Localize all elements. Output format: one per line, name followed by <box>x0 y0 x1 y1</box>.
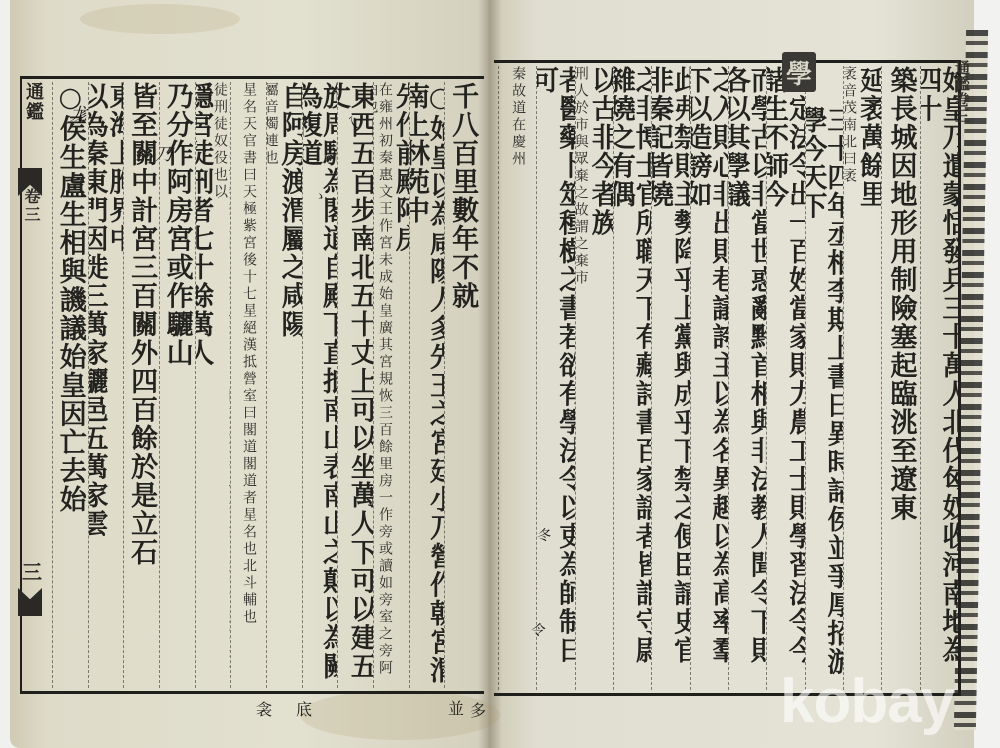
text-column: 而學古以非當世惑亂黔首相與非法教人聞令下則各以其學議 <box>728 66 766 690</box>
text-column: 東海上朐界中 以為秦東門因徙三萬家驪邑五萬家雲 <box>88 82 124 688</box>
text-column: 乃分作阿房宮或作驪山 <box>159 82 195 688</box>
column-text: 千八百里數年不就 <box>449 82 476 688</box>
column-text: 而學古以非當世惑亂黔首相與非法教人聞令下則各以其學議 <box>728 66 766 690</box>
column-text: 東海上朐界中 <box>106 82 123 688</box>
column-text: 之入則心非出則巷議誇主以為名異趣以為高率羣下以造謗如 <box>690 66 728 690</box>
text-column: ○侯生盧生相與譏議始皇因亡去始 <box>52 82 88 688</box>
column-text: 旗周馳為閣道自殿下直抵南山表南山之顛以為闕為複道 <box>302 82 338 688</box>
column-text: 先作前殿阿房 <box>393 82 409 688</box>
annotation-text: 屬音燭連也 <box>266 82 278 688</box>
right-margin-title: 通鑑卷三 <box>952 60 973 124</box>
column-text: 乃分作阿房宮或作驪山 <box>164 82 191 688</box>
text-column: 以古非今者族 刑人於市與眾棄之故謂之棄市 <box>575 66 613 690</box>
text-column: 此弗禁則主勢降乎上黨與成乎下禁之便臣請史官非秦記皆燒 <box>651 66 689 690</box>
text-column: 之入則心非出則巷議誇主以為名異趣以為高率羣下以造謗如 <box>690 66 728 690</box>
text-column: 之非博士官所職天下有藏詩書百家語者皆詣守尉雜燒之有偶 <box>613 66 651 690</box>
right-text-columns: 始皇乃遣蒙恬發兵三十萬人北伐匈奴收河南地為四十 築長城因地形用制險塞起臨洮至遼東… <box>498 66 958 690</box>
ink-mark: ゝ <box>312 186 326 206</box>
margin-title: 通鑑 <box>20 82 46 122</box>
text-column: 自阿房渡渭屬之咸陽 屬音燭連也 <box>266 82 302 688</box>
section-stamp: 學 <box>782 52 816 92</box>
text-column: 已定法令出一百姓當家則力農工士則學習法令今諸生不師今 <box>766 66 804 690</box>
text-column: 旗周馳為閣道自殿下直抵南山表南山之顛以為闕為複道 <box>302 82 338 688</box>
column-text: 以為秦東門因徙三萬家驪邑五萬家雲 <box>88 82 106 688</box>
column-text: 自阿房渡渭屬之咸陽 <box>279 82 302 688</box>
column-text: ○始皇以為咸陽人多先王之宮廷小乃營作朝宮渭南上林苑中 <box>409 82 445 688</box>
column-text: 始皇乃遣蒙恬發兵三十萬人北伐匈奴收河南地為四十 <box>920 66 958 690</box>
text-column: 千八百里數年不就 <box>444 82 480 688</box>
annotation-text: 在雍州初秦惠文王作宮未成始皇廣其宮規恢三百餘里房一作旁或讀如旁室之旁阿曲也 <box>373 82 392 688</box>
bottom-handwriting: 衾 <box>256 697 272 720</box>
column-text: 隱宮徒刑者七十餘萬人 <box>195 82 212 688</box>
bottom-handwriting: 底 <box>296 697 312 720</box>
column-text: 延袤萬餘里 <box>857 66 881 690</box>
annotation-text: 秦故道在慶州 <box>510 66 525 690</box>
text-column: 築長城因地形用制險塞起臨洮至遼東 <box>881 66 919 690</box>
volume-label: 卷三 <box>20 188 43 224</box>
ink-mark: 令 <box>530 620 544 640</box>
annotation-text: 星名天官書曰天極紫宮後十七星絕漢抵營室曰閣道閣道者星名也北斗輔也 <box>241 82 256 688</box>
text-column: 者醫藥卜筮種樹之書若欲有學法令以吏為師制曰可 <box>536 66 574 690</box>
column-text: 東西五百步南北五十丈上可以坐萬人下可以建五丈 <box>337 82 373 688</box>
left-text-columns: 千八百里數年不就 ○始皇以為咸陽人多先王之宮廷小乃營作朝宮渭南上林苑中 先作前殿… <box>52 82 480 688</box>
bottom-handwriting: 並 <box>448 696 464 719</box>
text-column: 星名天官書曰天極紫宮後十七星絕漢抵營室曰閣道閣道者星名也北斗輔也 <box>230 82 266 688</box>
column-text: ○侯生盧生相與譏議始皇因亡去始 <box>57 82 84 688</box>
bottom-handwriting: 多 <box>470 698 486 721</box>
text-column: 先作前殿阿房 在雍州初秦惠文王作宮未成始皇廣其宮規恢三百餘里房一作旁或讀如旁室之… <box>373 82 409 688</box>
text-column: 始皇乃遣蒙恬發兵三十萬人北伐匈奴收河南地為四十 <box>920 66 958 690</box>
column-text: 三十四年丞相李斯上書曰異時諸侯並爭厚招游學今天下 <box>805 66 843 690</box>
page-number: 三 <box>22 556 42 585</box>
ink-mark: 乀 <box>345 112 359 132</box>
column-text: 已定法令出一百姓當家則力農工士則學習法令今諸生不師今 <box>766 66 804 690</box>
text-column: 三十四年丞相李斯上書曰異時諸侯並爭厚招游學今天下 <box>805 66 843 690</box>
column-text: 皆至關中計宮三百關外四百餘於是立石 <box>128 82 155 688</box>
ink-mark: 尨 <box>70 100 87 125</box>
column-text: 者醫藥卜筮種樹之書若欲有學法令以吏為師制曰可 <box>536 66 574 690</box>
text-column: 宮刑也男子割勢婦人幽閉次死之刑蓋自日隱於蠶室養之乃可故曰蠶宮下蠶室是也徒刑徒奴役… <box>195 82 231 688</box>
column-text: 築長城因地形用制險塞起臨洮至遼東 <box>888 66 915 690</box>
ink-mark: 冬 <box>536 525 550 545</box>
book-photo: 通鑑 卷三 三 千八百里數年不就 ○始皇以為咸陽人多先王之宮廷小乃營作朝宮渭南上… <box>0 0 1000 748</box>
text-column: 延袤萬餘里 袤音茂南北曰袤 <box>843 66 881 690</box>
text-column: 言殿之四阿皆為房 東西五百步南北五十丈上可以坐萬人下可以建五丈 <box>337 82 373 688</box>
text-column: 皆至關中計宮三百關外四百餘於是立石 <box>123 82 159 688</box>
column-text: 以古非今者族 <box>589 66 613 690</box>
ink-mark: 乃 <box>155 140 172 165</box>
annotation-text: 宮刑也男子割勢婦人幽閉次死之刑蓋自日隱於蠶室養之乃可故曰蠶宮下蠶室是也徒刑徒奴役… <box>212 82 230 688</box>
paper-stain <box>80 4 240 34</box>
watermark-logo: kobay <box>780 666 954 737</box>
annotation-text: 刑人於市與眾棄之故謂之棄市 <box>575 66 588 690</box>
text-column: ○始皇以為咸陽人多先王之宮廷小乃營作朝宮渭南上林苑中 <box>409 82 445 688</box>
text-column: 秦故道在慶州 <box>498 66 536 690</box>
column-text: 此弗禁則主勢降乎上黨與成乎下禁之便臣請史官非秦記皆燒 <box>651 66 689 690</box>
column-text: 之非博士官所職天下有藏詩書百家語者皆詣守尉雜燒之有偶 <box>613 66 651 690</box>
